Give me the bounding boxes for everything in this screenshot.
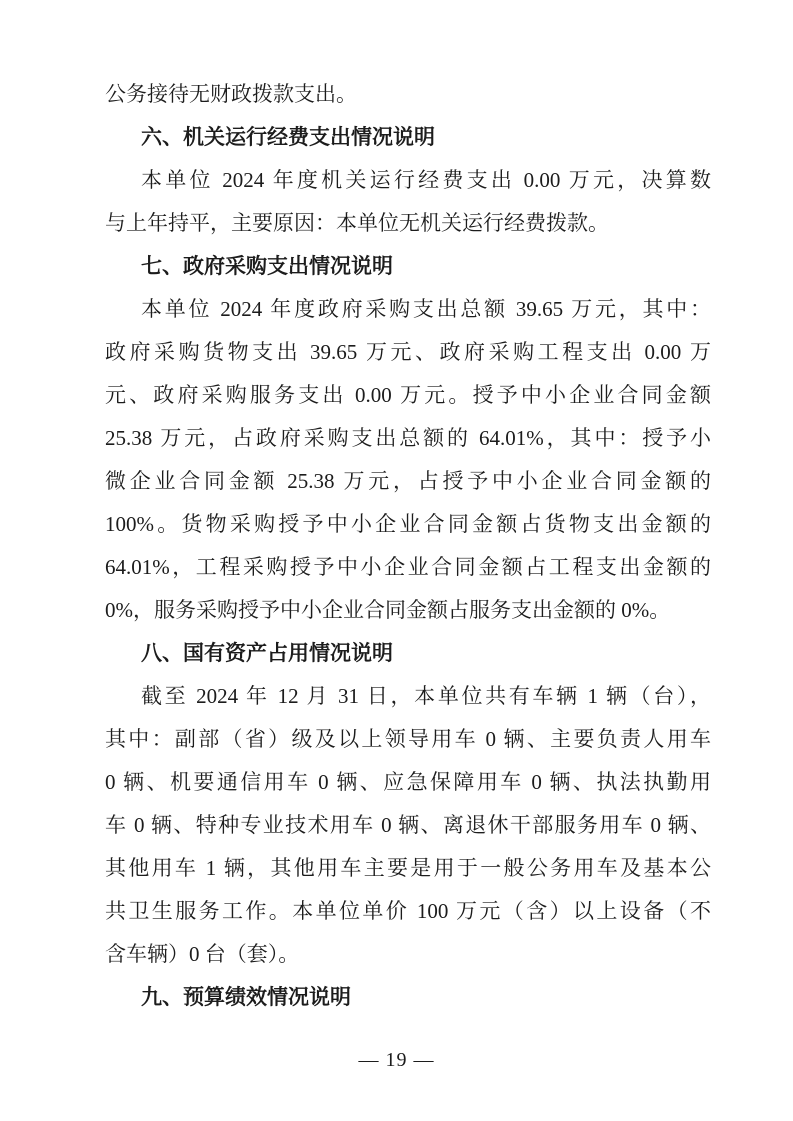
paragraph-line: 含车辆）0 台（套）。 bbox=[105, 933, 711, 976]
paragraph-line: 车 0 辆、特种专业技术用车 0 辆、离退休干部服务用车 0 辆、 bbox=[105, 804, 711, 847]
heading-section-9: 九、预算绩效情况说明 bbox=[105, 976, 711, 1019]
heading-section-6: 六、机关运行经费支出情况说明 bbox=[105, 116, 711, 159]
paragraph-line: 本单位 2024 年度机关运行经费支出 0.00 万元，决算数 bbox=[105, 159, 711, 202]
page-body-text: 公务接待无财政拨款支出。 六、机关运行经费支出情况说明 本单位 2024 年度机… bbox=[105, 73, 711, 1019]
paragraph-line: 其他用车 1 辆，其他用车主要是用于一般公务用车及基本公 bbox=[105, 847, 711, 890]
paragraph-line: 与上年持平，主要原因：本单位无机关运行经费拨款。 bbox=[105, 202, 711, 245]
paragraph-line: 0%，服务采购授予中小企业合同金额占服务支出金额的 0%。 bbox=[105, 589, 711, 632]
paragraph-line: 其中：副部（省）级及以上领导用车 0 辆、主要负责人用车 bbox=[105, 718, 711, 761]
heading-section-7: 七、政府采购支出情况说明 bbox=[105, 245, 711, 288]
paragraph-line: 64.01%，工程采购授予中小企业合同金额占工程支出金额的 bbox=[105, 546, 711, 589]
paragraph-line: 元、政府采购服务支出 0.00 万元。授予中小企业合同金额 bbox=[105, 374, 711, 417]
page-number: — 19 — bbox=[0, 1045, 793, 1075]
paragraph-line: 本单位 2024 年度政府采购支出总额 39.65 万元，其中： bbox=[105, 288, 711, 331]
paragraph-line: 微企业合同金额 25.38 万元，占授予中小企业合同金额的 bbox=[105, 460, 711, 503]
paragraph-line: 25.38 万元，占政府采购支出总额的 64.01%，其中：授予小 bbox=[105, 417, 711, 460]
document-page: 公务接待无财政拨款支出。 六、机关运行经费支出情况说明 本单位 2024 年度机… bbox=[0, 0, 793, 1121]
heading-section-8: 八、国有资产占用情况说明 bbox=[105, 632, 711, 675]
paragraph-line: 共卫生服务工作。本单位单价 100 万元（含）以上设备（不 bbox=[105, 890, 711, 933]
paragraph-line: 100%。货物采购授予中小企业合同金额占货物支出金额的 bbox=[105, 503, 711, 546]
paragraph-line: 政府采购货物支出 39.65 万元、政府采购工程支出 0.00 万 bbox=[105, 331, 711, 374]
paragraph-line: 截至 2024 年 12 月 31 日，本单位共有车辆 1 辆（台）， bbox=[105, 675, 711, 718]
paragraph-line: 0 辆、机要通信用车 0 辆、应急保障用车 0 辆、执法执勤用 bbox=[105, 761, 711, 804]
paragraph-line: 公务接待无财政拨款支出。 bbox=[105, 73, 711, 116]
